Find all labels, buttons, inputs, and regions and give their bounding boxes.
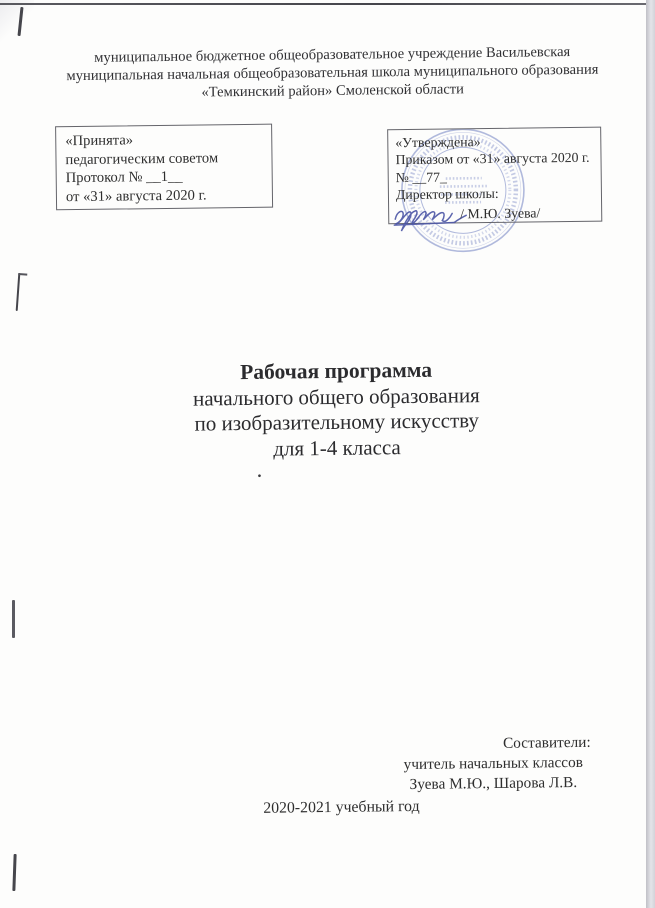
accepted-line: педагогическим советом [65,148,262,169]
signature-caption: / М.Ю. Зуева/ [460,205,540,223]
stray-dot: . [257,462,277,482]
approved-line: Приказом от «31» августа 2020 г. [395,149,593,169]
scanned-title-page: муниципальное бюджетное общеобразователь… [0,0,655,908]
school-name-header: муниципальное бюджетное общеобразователь… [36,42,629,104]
accepted-line: от «31» августа 2020 г. [66,186,263,207]
accepted-box: «Принята» педагогическим советом Протоко… [55,124,273,211]
school-year-line: 2020-2021 учебный год [45,795,637,820]
authors-line: Зуева М.Ю., Шарова Л.В. [255,773,591,797]
page-content: муниципальное бюджетное общеобразователь… [0,0,655,908]
program-title: Рабочая программа начального общего обра… [40,355,633,464]
signature-row: / М.Ю. Зуева/ [396,201,594,227]
accepted-line: «Принята» [65,130,262,151]
authors-block: Составители: учитель начальных классов З… [255,733,592,798]
approved-box: «Утверждена» Приказом от «31» августа 20… [387,127,602,225]
accepted-line: Протокол № __1__ [66,167,263,188]
